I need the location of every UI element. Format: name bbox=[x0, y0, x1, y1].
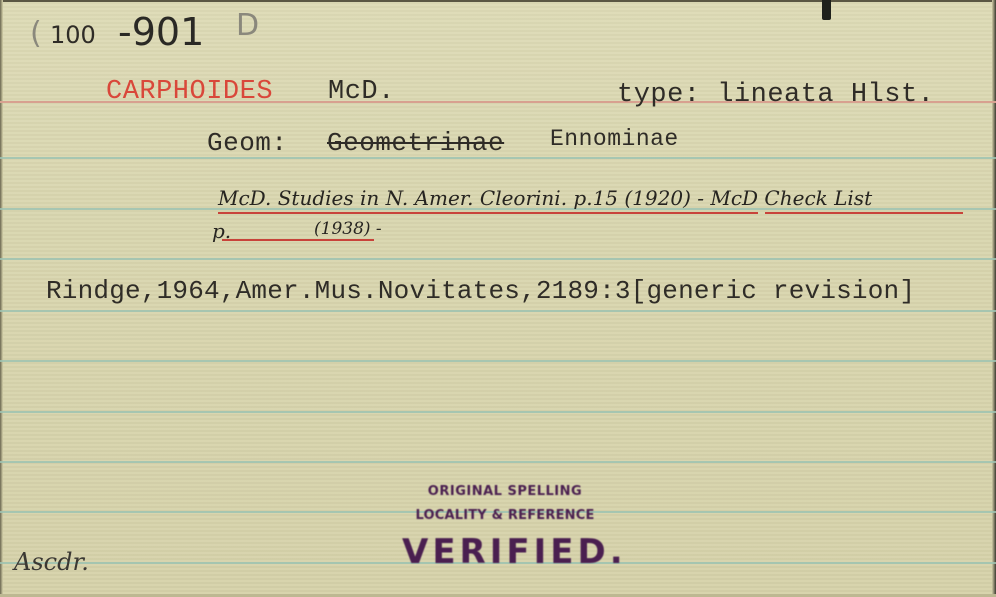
ruled-line bbox=[0, 360, 996, 362]
family-label: Geom: bbox=[207, 128, 288, 158]
stamp-line-original-spelling: ORIGINAL SPELLING bbox=[400, 484, 610, 499]
red-underline bbox=[218, 212, 758, 214]
card-top-edge bbox=[0, 0, 996, 2]
card-left-edge bbox=[0, 0, 3, 597]
handwritten-reference-line1: McD. Studies in N. Amer. Cleorini. p.15 … bbox=[218, 186, 872, 210]
subfamily-struck: Geometrinae bbox=[327, 128, 504, 158]
stamp-line-locality-reference: LOCALITY & REFERENCE bbox=[398, 508, 612, 523]
pencil-mark: D bbox=[236, 8, 259, 43]
genus-name: CARPHOIDES bbox=[106, 77, 273, 107]
subfamily-corrected: Ennominae bbox=[550, 126, 679, 152]
initials-signature: Ascdr. bbox=[14, 548, 89, 576]
handwritten-reference-line2-year: (1938) - bbox=[314, 219, 382, 239]
pencil-mark: ( bbox=[30, 16, 42, 51]
handwritten-number: -901 bbox=[118, 10, 204, 54]
catalog-number: 100 bbox=[50, 21, 96, 49]
index-card: ( 100 -901 D CARPHOIDES McD. type: linea… bbox=[0, 0, 996, 597]
ruled-line bbox=[0, 411, 996, 413]
genus-author: McD. bbox=[328, 77, 395, 107]
typed-reference: Rindge,1964,Amer.Mus.Novitates,2189:3[ge… bbox=[46, 276, 915, 306]
red-underline bbox=[222, 239, 374, 241]
card-tab-mark bbox=[822, 0, 831, 20]
type-species: type: lineata Hlst. bbox=[617, 80, 934, 110]
card-right-edge bbox=[992, 0, 996, 597]
ruled-line bbox=[0, 258, 996, 260]
stamp-verified: VERIFIED. bbox=[402, 532, 608, 572]
red-underline bbox=[765, 212, 963, 214]
ruled-line bbox=[0, 461, 996, 463]
ruled-line bbox=[0, 310, 996, 312]
